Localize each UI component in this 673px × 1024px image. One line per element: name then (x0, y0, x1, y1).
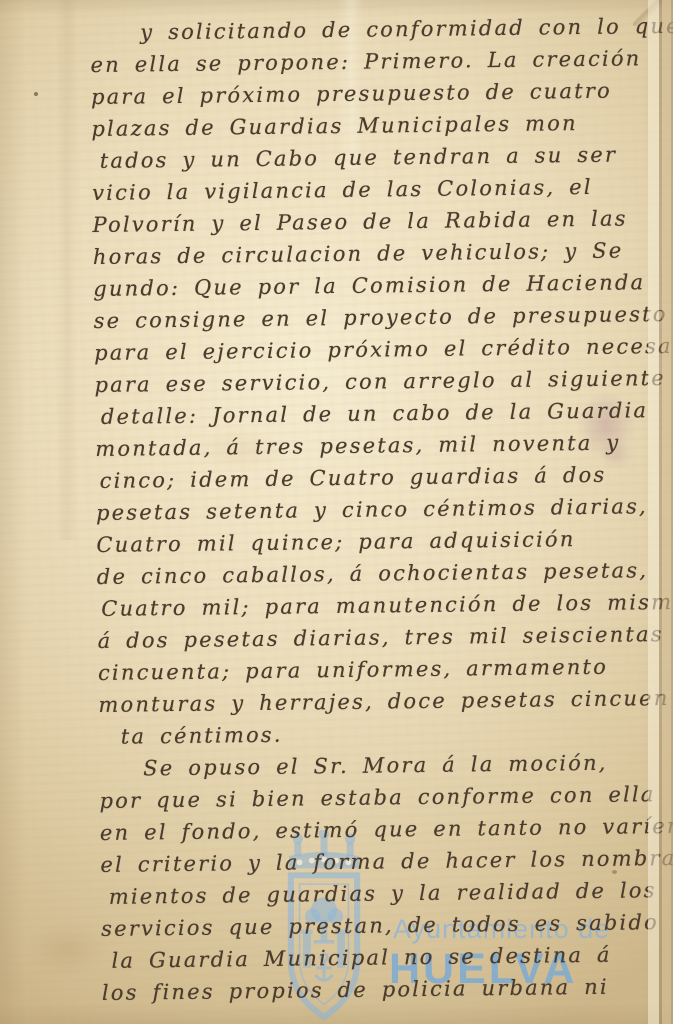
paper-stain (28, 922, 106, 974)
manuscript-line: los fines propios de policia urbana ni (102, 970, 673, 1009)
manuscript-text: y solicitando de conformidad con lo que … (90, 10, 673, 1009)
manuscript-page: Ayuntamiento de HUELVA y solicitando de … (0, 0, 673, 1024)
paper-speck (34, 92, 38, 96)
paper-fold (56, 0, 78, 540)
